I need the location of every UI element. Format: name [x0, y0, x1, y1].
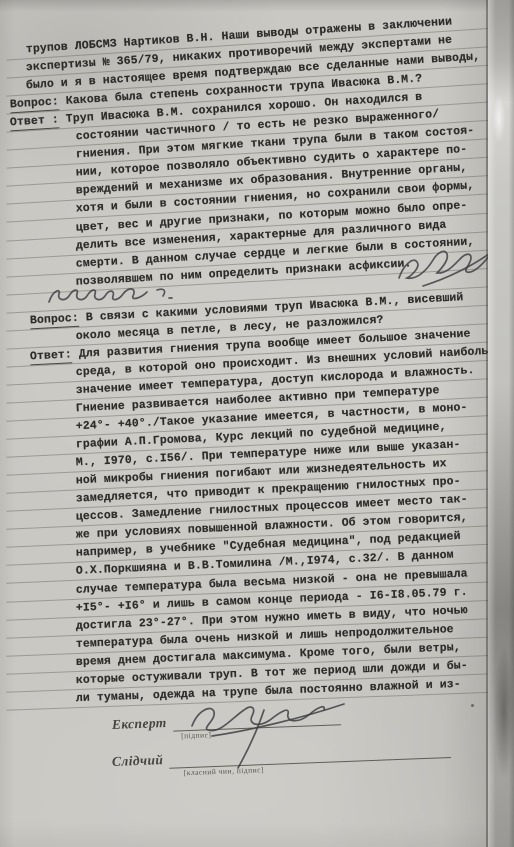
expert-label: Експерт [112, 715, 167, 732]
expert-signature-footer [172, 692, 362, 777]
page-right-edge [488, 0, 514, 847]
expert-signature-margin [45, 284, 180, 310]
ink-speck [471, 704, 474, 707]
paper-background: трупов ЛОБСМЗ Нартиков В.Н. Наши выводы … [0, 0, 514, 847]
answer-label: Ответ: [30, 348, 73, 365]
scanned-document-page: трупов ЛОБСМЗ Нартиков В.Н. Наши выводы … [0, 0, 514, 847]
page-fold-line [486, 0, 488, 847]
question-label: Вопрос: [30, 312, 80, 330]
investigator-label: Слідчий [112, 752, 164, 769]
